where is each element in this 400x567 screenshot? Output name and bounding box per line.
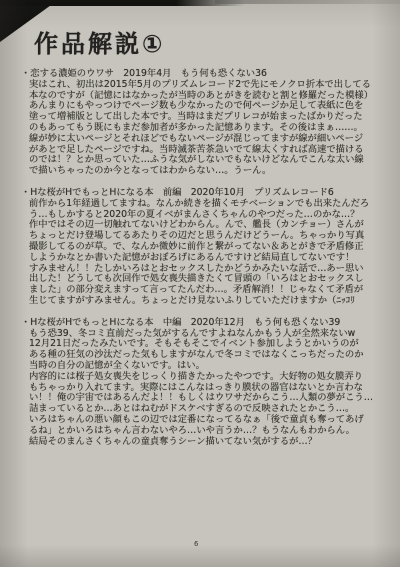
section-heading: ・Hな桜がHでもっとHになる本 中編 2020年12月 もう何も恐くない39 — [21, 318, 395, 329]
scan-top-edge-shadow-light — [215, 0, 400, 4]
body-text-line: 実はこれ、初出は2015年5月のプリズムレコード2で先にモノクロ折本で出してる — [21, 80, 395, 91]
commentary-section-1: ・恋する濃姫のウワサ 2019年4月 もう何も恐くない36 実はこれ、初出は20… — [21, 69, 395, 177]
body-text-line: で描いちゃったのか今となってはわからない…。うーん。 — [21, 166, 395, 177]
commentary-section-3: ・Hな桜がHでもっとHになる本 中編 2020年12月 もう何も恐くない39 も… — [21, 318, 395, 448]
body-text-line: 内容的には桜子処女喪失をじっくり描きたかったやつです。大好物の処女膜弄り — [21, 372, 395, 383]
body-text-line: 線が妙に太いページとそれほどでもないページが混じってますが線が細いページ — [21, 134, 395, 145]
body-text-line: 結局そのまんさくちゃんの童貞奪うシーン描いてない気がするが…？ — [21, 437, 395, 448]
scanned-page: 作品解説① ・恋する濃姫のウワサ 2019年4月 もう何も恐くない36 実はこれ… — [0, 0, 400, 567]
body-text-line: 前作から1年経過してますね。なんか続きを描くモチベーションでも出来たんだろ — [21, 199, 395, 210]
body-text-line: 生じてますがすみません。ちょっとだけ見ないふりしていただけますか（ﾆｯｺﾘ — [21, 296, 395, 307]
body-text-line: しようかなとか書いた記憶がおぼろげにあるんですけど結局直してないです！ — [21, 253, 395, 264]
page-number: 6 — [194, 540, 198, 548]
scan-top-edge-shadow — [0, 0, 245, 6]
page-title: 作品解説① — [34, 24, 165, 59]
commentary-section-2: ・Hな桜がHでもっとHになる本 前編 2020年10月 プリズムレコード6 前作… — [21, 188, 395, 307]
commentary-body: ・恋する濃姫のウワサ 2019年4月 もう何も恐くない36 実はこれ、初出は20… — [21, 69, 395, 458]
body-text-line: るね」とかいろはちゃん言わないやろ…いや言うか…？もうなんもわからん。 — [21, 426, 395, 437]
